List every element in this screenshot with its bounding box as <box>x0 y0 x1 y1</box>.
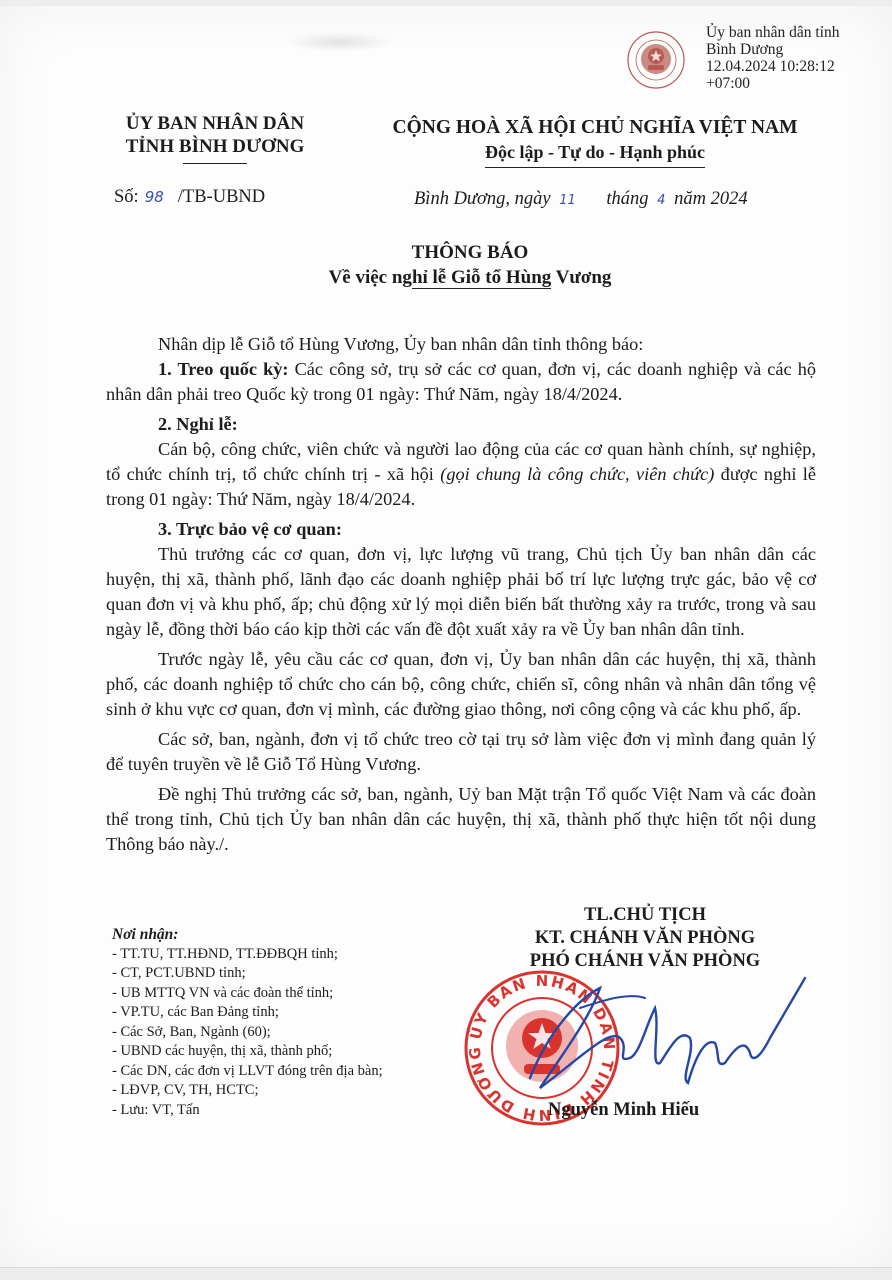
document-page: Ủy ban nhân dân tỉnh Bình Dương 12.04.20… <box>0 6 892 1268</box>
digital-signature-info: Ủy ban nhân dân tỉnh Bình Dương 12.04.20… <box>706 24 839 92</box>
esig-org: Ủy ban nhân dân tỉnh <box>706 24 839 41</box>
docno-label: Số: <box>114 187 139 207</box>
docno-handwritten: 98 <box>145 188 164 206</box>
year-text: năm 2024 <box>674 189 748 209</box>
recipients-list: Nơi nhận: - TT.TU, TT.HĐND, TT.ĐĐBQH tỉn… <box>112 925 383 1120</box>
recipient-item: - LĐVP, CV, TH, HCTC; <box>112 1081 383 1101</box>
document-number: Số:98/TB-UBND <box>114 187 265 208</box>
nation-name: CỘNG HOÀ XÃ HỘI CHỦ NGHĨA VIỆT NAM <box>360 116 830 140</box>
subject-underlined: hỉ lễ Giỗ tổ Hùng <box>412 267 551 289</box>
recipients-heading: Nơi nhận: <box>112 925 383 945</box>
month-label: tháng <box>606 189 648 209</box>
document-title: THÔNG BÁO Về việc nghỉ lễ Giỗ tổ Hùng Vư… <box>100 240 840 290</box>
handwritten-signature <box>520 968 810 1108</box>
recipient-item: - UB MTTQ VN và các đoàn thể tỉnh; <box>112 984 383 1004</box>
recipient-item: - Các Sở, Ban, Ngành (60); <box>112 1023 383 1043</box>
scan-smudge <box>284 32 394 52</box>
esig-province: Bình Dương <box>706 41 839 58</box>
esig-timestamp: 12.04.2024 10:28:12 <box>706 58 839 75</box>
place-prefix: Bình Dương, ngày <box>414 189 551 209</box>
issuer-line1: ỦY BAN NHÂN DÂN <box>106 112 324 135</box>
issuer-block: ỦY BAN NHÂN DÂN TỈNH BÌNH DƯƠNG <box>106 112 324 164</box>
issuer-divider <box>183 163 247 164</box>
section-3-paragraph: Thủ trưởng các cơ quan, đơn vị, lực lượn… <box>106 542 816 642</box>
bottom-edge <box>0 1267 892 1280</box>
title-main: THÔNG BÁO <box>100 240 840 265</box>
recipient-item: - TT.TU, TT.HĐND, TT.ĐĐBQH tỉnh; <box>112 945 383 965</box>
title-subject: Về việc nghỉ lễ Giỗ tổ Hùng Vương <box>100 265 840 290</box>
sign-line1: TL.CHỦ TỊCH <box>480 904 810 927</box>
recipient-item: - Các DN, các đơn vị LLVT đóng trên địa … <box>112 1062 383 1082</box>
section-3-heading-text: 3. Trực bảo vệ cơ quan: <box>158 519 342 539</box>
section-2-heading-text: 2. Nghỉ lễ: <box>158 414 238 434</box>
section-3-heading: 3. Trực bảo vệ cơ quan: <box>106 517 816 542</box>
before-holiday-paragraph: Trước ngày lễ, yêu cầu các cơ quan, đơn … <box>106 647 816 722</box>
signer-name: Nguyễn Minh Hiếu <box>548 1100 699 1121</box>
nation-motto: Độc lập - Tự do - Hạnh phúc <box>485 140 705 168</box>
docno-suffix: /TB-UBND <box>178 187 265 207</box>
flags-paragraph: Các sở, ban, ngành, đơn vị tổ chức treo … <box>106 727 816 777</box>
recipient-item: - Lưu: VT, Tấn <box>112 1101 383 1121</box>
section-1: 1. Treo quốc kỳ: Các công sở, trụ sở các… <box>106 357 816 407</box>
nation-block: CỘNG HOÀ XÃ HỘI CHỦ NGHĨA VIỆT NAM Độc l… <box>360 116 830 168</box>
request-paragraph: Đề nghị Thủ trưởng các sở, ban, ngành, U… <box>106 782 816 857</box>
subject-suffix: Vương <box>551 267 611 288</box>
issuer-line2: TỈNH BÌNH DƯƠNG <box>106 135 324 158</box>
recipient-item: - UBND các huyện, thị xã, thành phố; <box>112 1042 383 1062</box>
month-handwritten: 4 <box>657 193 665 208</box>
signature-title: TL.CHỦ TỊCH KT. CHÁNH VĂN PHÒNG PHÓ CHÁN… <box>480 904 810 973</box>
day-handwritten: 11 <box>559 193 576 208</box>
national-emblem-seal-icon <box>626 30 686 90</box>
section-2-text: Cán bộ, công chức, viên chức và người la… <box>106 437 816 512</box>
sign-line2: KT. CHÁNH VĂN PHÒNG <box>480 927 810 950</box>
intro-paragraph: Nhân dịp lễ Giỗ tổ Hùng Vương, Ủy ban nh… <box>106 332 816 357</box>
recipient-item: - CT, PCT.UBND tỉnh; <box>112 964 383 984</box>
place-date: Bình Dương, ngày 11 tháng 4 năm 2024 <box>414 189 748 210</box>
section-1-heading: 1. Treo quốc kỳ: <box>158 359 289 379</box>
subject-prefix: Về việc ng <box>329 267 412 288</box>
document-body: Nhân dịp lễ Giỗ tổ Hùng Vương, Ủy ban nh… <box>106 332 816 857</box>
section-2-heading: 2. Nghỉ lễ: <box>106 412 816 437</box>
section-2-text-italic: (gọi chung là công chức, viên chức) <box>440 464 714 484</box>
esig-timezone: +07:00 <box>706 75 839 92</box>
recipient-item: - VP.TU, các Ban Đảng tỉnh; <box>112 1003 383 1023</box>
